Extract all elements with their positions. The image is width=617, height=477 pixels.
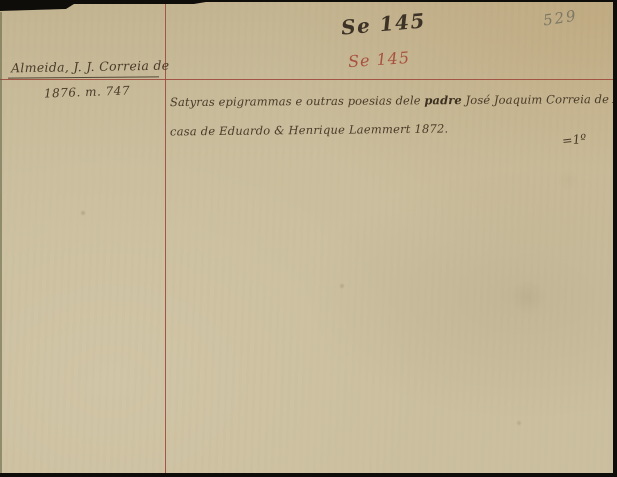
entry-line-1: Satyras epigrammas e outras poesias dele… xyxy=(170,91,617,109)
call-number-stamp: Se 145 xyxy=(340,8,427,39)
call-number-red-ink: Se 145 xyxy=(347,48,410,71)
index-card: 529 Se 145 Se 145 Almeida, J. J. Correia… xyxy=(0,0,617,477)
volume-mark: =1º xyxy=(561,131,587,148)
entry-line-2: casa de Eduardo & Henrique Laemmert 1872… xyxy=(170,122,448,139)
author-heading: Almeida, J. J. Correia de xyxy=(11,58,170,76)
catalog-card-scan: 529 Se 145 Se 145 Almeida, J. J. Correia… xyxy=(0,0,617,477)
red-horizontal-rule xyxy=(0,79,613,80)
entry-inserted-word: padre xyxy=(424,93,462,107)
entry-line-1-prefix: Satyras epigrammas e outras poesias dele xyxy=(170,93,424,109)
scan-left-edge xyxy=(0,12,2,473)
entry-line-1-suffix: José Joaquim Correia de Almeida, Rio de … xyxy=(462,91,617,107)
pencil-number: 529 xyxy=(542,6,579,29)
reference-number: 1876. m. 747 xyxy=(44,84,131,101)
